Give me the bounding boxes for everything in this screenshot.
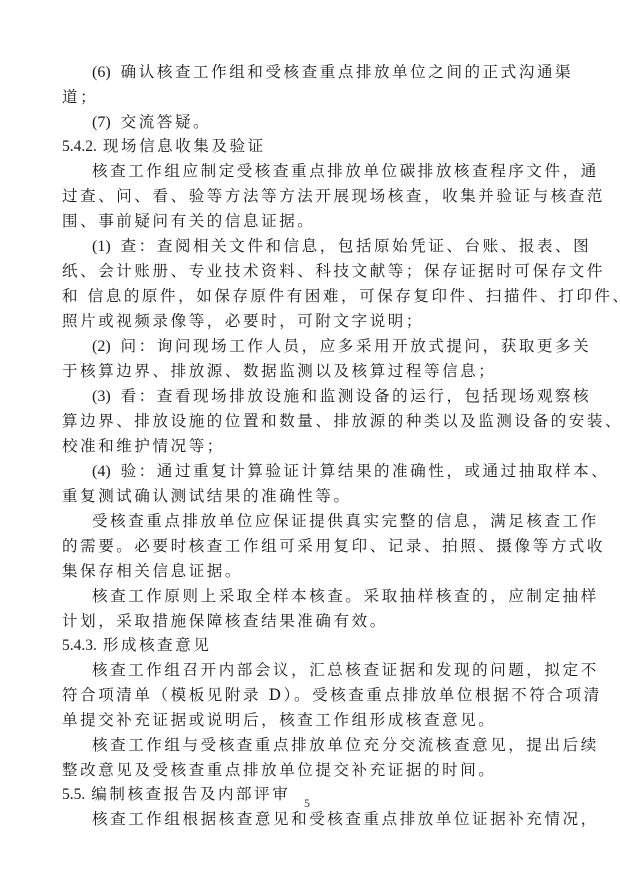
paragraph-line: 的需要。必要时核查工作组可采用复印、记录、拍照、摄像等方式收 [62,536,605,556]
line-text: 纸、会计账册、专业技术资料、科技文献等；保存证据时可保存文件 [62,262,605,280]
list-item-line: (6)确认核查工作组和受核查重点排放单位之间的正式沟通渠 [92,62,573,83]
paragraph-line: 照片或视频录像等，必要时，可附文字说明； [62,311,424,331]
item-number: (2) [92,337,111,357]
line-text: 过查、问、看、验等方法等方法开展现场核查，收集并验证与核查范 [62,187,605,205]
paragraph-line: 核查工作组根据核查意见和受核查重点排放单位证据补充情况， [92,809,599,829]
line-text: 道； [62,88,98,106]
paragraph-line: 整改意见及受核查重点排放单位提交补充证据的时间。 [62,760,496,780]
paragraph-line: 围、事前疑问有关的信息证据。 [62,211,315,231]
item-number: (7) [92,113,111,133]
line-text: 校准和维护情况等； [62,437,225,455]
list-item-line: (2)问：询问现场工作人员，应多采用开放式提问，获取更多关 [92,336,591,357]
section-number: 5.5. [62,786,85,803]
paragraph-line: 算边界、排放设施的位置和数量、排放源的种类以及监测设备的安装、 [62,411,620,431]
item-number: (1) [92,237,111,257]
item-number: (4) [92,462,111,482]
paragraph-line: 和 信息的原件，如保存原件有困难，可保存复印件、扫描件、打印件、 [62,286,620,306]
paragraph-line: 符合项清单（模板见附录 D）。受核查重点排放单位根据不符合项清 [62,685,602,705]
line-text: 核查工作组与受核查重点排放单位充分交流核查意见，提出后续 [92,736,599,754]
line-text: 于核算边界、排放源、数据监测以及核算过程等信息； [62,362,496,380]
line-text: 集保存相关信息证据。 [62,562,243,580]
line-text: 查：查阅相关文件和信息，包括原始凭证、台账、报表、图 [121,237,592,255]
paragraph-line: 重复测试确认测试结果的准确性等。 [62,486,352,506]
line-text: 单提交补充证据或说明后，核查工作组形成核查意见。 [62,711,496,729]
line-text: 交流答疑。 [121,113,212,131]
section-number: 5.4.2. [62,138,97,155]
paragraph-line: 受核查重点排放单位应保证提供真实完整的信息，满足核查工作 [92,511,599,531]
paragraph-line: 核查工作组与受核查重点排放单位充分交流核查意见，提出后续 [92,735,599,755]
line-text: 看：查看现场排放设施和监测设备的运行，包括现场观察核 [121,387,592,405]
paragraph-line: 核查工作组召开内部会议，汇总核查证据和发现的问题，拟定不 [92,660,599,680]
paragraph-line: 单提交补充证据或说明后，核查工作组形成核查意见。 [62,710,496,730]
line-text: 整改意见及受核查重点排放单位提交补充证据的时间。 [62,761,496,779]
line-text: 符合项清单（模板见附录 D）。受核查重点排放单位根据不符合项清 [62,686,602,704]
line-text: 重复测试确认测试结果的准确性等。 [62,487,352,505]
section-heading: 5.4.3.形成核查意见 [62,635,211,656]
line-text: 核查工作组召开内部会议，汇总核查证据和发现的问题，拟定不 [92,661,599,679]
line-text: 问：询问现场工作人员，应多采用开放式提问，获取更多关 [121,337,592,355]
paragraph-line: 核查工作原则上采取全样本核查。采取抽样核查的，应制定抽样 [92,586,599,606]
list-item-line: (1)查：查阅相关文件和信息，包括原始凭证、台账、报表、图 [92,236,591,257]
paragraph-line: 道； [62,87,98,107]
paragraph-line: 过查、问、看、验等方法等方法开展现场核查，收集并验证与核查范 [62,186,605,206]
paragraph-line: 纸、会计账册、专业技术资料、科技文献等；保存证据时可保存文件 [62,261,605,281]
line-text: 核查工作组应制定受核查重点排放单位碳排放核查程序文件，通 [92,162,599,180]
item-number: (3) [92,387,111,407]
line-text: 确认核查工作组和受核查重点排放单位之间的正式沟通渠 [121,63,574,81]
line-text: 受核查重点排放单位应保证提供真实完整的信息，满足核查工作 [92,512,599,530]
section-heading: 5.4.2.现场信息收集及验证 [62,136,266,157]
line-text: 编制核查报告及内部评审 [91,785,290,803]
line-text: 现场信息收集及验证 [103,137,266,155]
list-item-line: (7)交流答疑。 [92,112,211,133]
line-text: 的需要。必要时核查工作组可采用复印、记录、拍照、摄像等方式收 [62,537,605,555]
paragraph-line: 校准和维护情况等； [62,436,225,456]
section-heading: 5.5.编制核查报告及内部评审 [62,784,290,805]
paragraph-line: 核查工作组应制定受核查重点排放单位碳排放核查程序文件，通 [92,161,599,181]
line-text: 和 信息的原件，如保存原件有困难，可保存复印件、扫描件、打印件、 [62,287,620,305]
line-text: 计划，采取措施保障核查结果准确有效。 [62,612,388,630]
line-text: 围、事前疑问有关的信息证据。 [62,212,315,230]
line-text: 验：通过重复计算验证计算结果的准确性，或通过抽取样本、 [121,462,610,480]
section-number: 5.4.3. [62,637,97,654]
line-text: 形成核查意见 [103,636,212,654]
list-item-line: (4)验：通过重复计算验证计算结果的准确性，或通过抽取样本、 [92,461,609,482]
paragraph-line: 计划，采取措施保障核查结果准确有效。 [62,611,388,631]
page-number: 5 [304,796,310,811]
line-text: 照片或视频录像等，必要时，可附文字说明； [62,312,424,330]
paragraph-line: 于核算边界、排放源、数据监测以及核算过程等信息； [62,361,496,381]
list-item-line: (3)看：查看现场排放设施和监测设备的运行，包括现场观察核 [92,386,591,407]
line-text: 算边界、排放设施的位置和数量、排放源的种类以及监测设备的安装、 [62,412,620,430]
line-text: 核查工作组根据核查意见和受核查重点排放单位证据补充情况， [92,810,599,828]
paragraph-line: 集保存相关信息证据。 [62,561,243,581]
item-number: (6) [92,63,111,83]
line-text: 核查工作原则上采取全样本核查。采取抽样核查的，应制定抽样 [92,587,599,605]
